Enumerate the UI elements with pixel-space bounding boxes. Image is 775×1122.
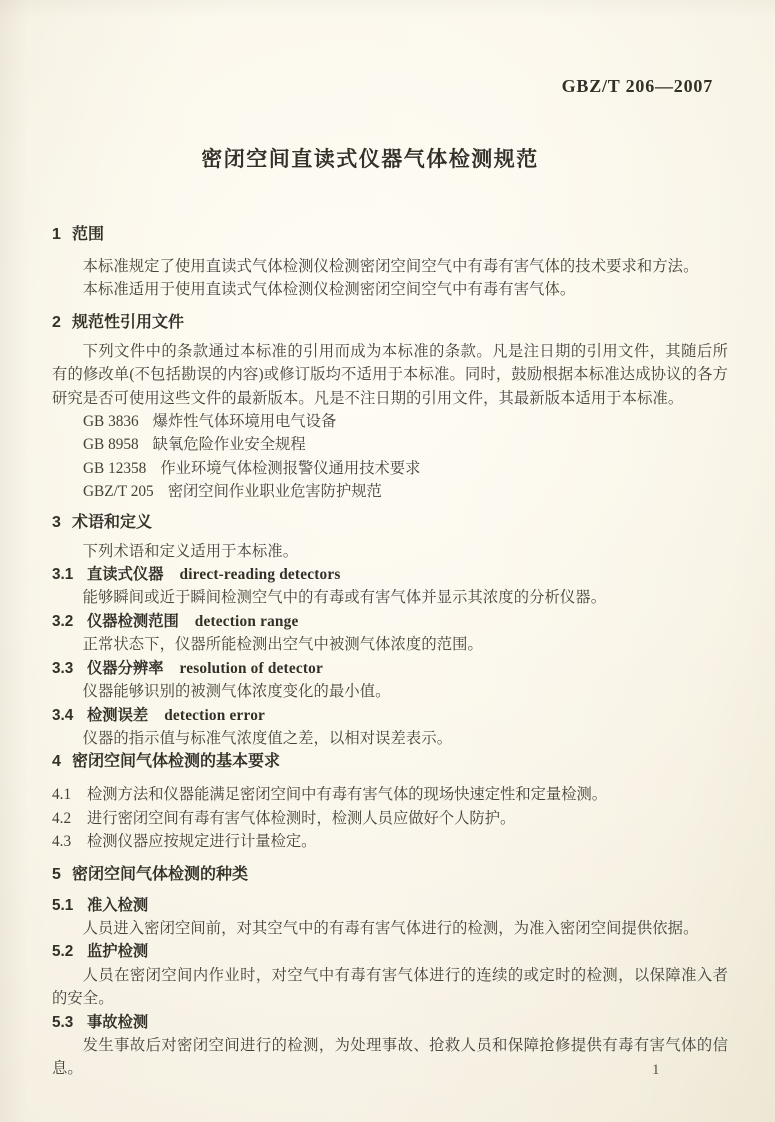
reference-code: GB 8958 <box>83 433 139 456</box>
references-intro: 下列文件中的条款通过本标准的引用而成为本标准的条款。凡是注日期的引用文件，其随后… <box>52 340 728 410</box>
requirement-item: 4.1 检测方法和仪器能满足密闭空间中有毒有害气体的现场快速定性和定量检测。 <box>52 783 728 806</box>
reference-item: GBZ/T 205密闭空间作业职业危害防护规范 <box>52 480 728 503</box>
requirement-item: 4.3 检测仪器应按规定进行计量检定。 <box>52 830 728 853</box>
term-number: 3.2 <box>52 610 87 633</box>
term-definition: 仪器的指示值与标准气浓度值之差，以相对误差表示。 <box>52 727 728 750</box>
detection-types-block: 5.1 准入检测 人员进入密闭空间前，对其空气中的有毒有害气体进行的检测，为准入… <box>52 894 728 1081</box>
reference-code: GB 3836 <box>83 410 139 433</box>
scanned-document-page: GBZ/T 206—2007 密闭空间直读式仪器气体检测规范 1 范围 本标准规… <box>0 0 775 1122</box>
reference-title: 密闭空间作业职业危害防护规范 <box>168 483 382 500</box>
term-heading: 3.4 检测误差 detection error <box>52 704 728 727</box>
document-body: 1 范围 本标准规定了使用直读式气体检测仪检测密闭空间空气中有毒有害气体的技术要… <box>52 0 728 1081</box>
term-item: 3.1 直读式仪器 direct-reading detectors 能够瞬间或… <box>52 563 728 610</box>
type-item: 5.1 准入检测 人员进入密闭空间前，对其空气中的有毒有害气体进行的检测，为准入… <box>52 894 728 941</box>
section-heading-detection-types: 5 密闭空间气体检测的种类 <box>52 864 728 886</box>
requirement-text: 检测方法和仪器能满足密闭空间中有毒有害气体的现场快速定性和定量检测。 <box>87 783 607 806</box>
basic-requirements-list: 4.1 检测方法和仪器能满足密闭空间中有毒有害气体的现场快速定性和定量检测。 4… <box>52 783 728 853</box>
term-en: resolution of detector <box>180 657 323 680</box>
term-definition: 仪器能够识别的被测气体浓度变化的最小值。 <box>52 680 728 703</box>
terms-block: 下列术语和定义适用于本标准。 3.1 直读式仪器 direct-reading … <box>52 540 728 751</box>
type-number: 5.2 <box>52 940 87 963</box>
scope-paragraphs: 本标准规定了使用直读式气体检测仪检测密闭空间空气中有毒有害气体的技术要求和方法。… <box>52 255 728 302</box>
reference-title: 缺氧危险作业安全规程 <box>153 436 306 453</box>
term-en: detection error <box>164 704 265 727</box>
reference-item: GB 8958缺氧危险作业安全规程 <box>52 433 728 456</box>
terms-intro: 下列术语和定义适用于本标准。 <box>52 540 728 563</box>
type-definition: 发生事故后对密闭空间进行的检测，为处理事故、抢救人员和保障抢修提供有毒有害气体的… <box>52 1034 728 1081</box>
term-item: 3.4 检测误差 detection error 仪器的指示值与标准气浓度值之差… <box>52 704 728 751</box>
requirement-number: 4.1 <box>52 783 87 806</box>
term-definition: 能够瞬间或近于瞬间检测空气中的有毒或有害气体并显示其浓度的分析仪器。 <box>52 586 728 609</box>
page-number: 1 <box>652 1062 660 1079</box>
term-definition: 正常状态下，仪器所能检测出空气中被测气体浓度的范围。 <box>52 633 728 656</box>
section-heading-basic-requirements: 4 密闭空间气体检测的基本要求 <box>52 751 728 773</box>
section-title: 密闭空间气体检测的种类 <box>72 864 248 886</box>
type-item: 5.3 事故检测 发生事故后对密闭空间进行的检测，为处理事故、抢救人员和保障抢修… <box>52 1011 728 1081</box>
section-heading-scope: 1 范围 <box>52 224 728 246</box>
term-number: 3.3 <box>52 657 87 680</box>
type-term: 准入检测 <box>87 894 148 917</box>
requirement-item: 4.2 进行密闭空间有毒有害气体检测时，检测人员应做好个人防护。 <box>52 807 728 830</box>
term-number: 3.1 <box>52 563 87 586</box>
reference-code: GB 12358 <box>83 457 146 480</box>
type-term: 监护检测 <box>87 940 148 963</box>
term-en: detection range <box>195 610 299 633</box>
section-title: 规范性引用文件 <box>72 312 184 334</box>
term-item: 3.2 仪器检测范围 detection range 正常状态下，仪器所能检测出… <box>52 610 728 657</box>
term-zh: 检测误差 <box>87 704 148 727</box>
section-title: 范围 <box>72 224 104 246</box>
term-heading: 3.1 直读式仪器 direct-reading detectors <box>52 563 728 586</box>
section-number: 3 <box>52 512 72 534</box>
term-heading: 3.3 仪器分辨率 resolution of detector <box>52 657 728 680</box>
requirement-number: 4.3 <box>52 830 87 853</box>
type-heading: 5.2 监护检测 <box>52 940 728 963</box>
paragraph: 本标准适用于使用直读式气体检测仪检测密闭空间空气中有毒有害气体。 <box>52 278 728 301</box>
reference-title: 作业环境气体检测报警仪通用技术要求 <box>160 460 420 477</box>
reference-item: GB 3836爆炸性气体环境用电气设备 <box>52 410 728 433</box>
requirement-text: 检测仪器应按规定进行计量检定。 <box>87 830 316 853</box>
term-zh: 仪器分辨率 <box>87 657 164 680</box>
section-number: 4 <box>52 751 72 773</box>
section-heading-terms: 3 术语和定义 <box>52 512 728 534</box>
term-zh: 仪器检测范围 <box>87 610 179 633</box>
term-heading: 3.2 仪器检测范围 detection range <box>52 610 728 633</box>
type-item: 5.2 监护检测 人员在密闭空间内作业时，对空气中有毒有害气体进行的连续的或定时… <box>52 940 728 1010</box>
type-heading: 5.3 事故检测 <box>52 1011 728 1034</box>
reference-code: GBZ/T 205 <box>83 480 154 503</box>
term-zh: 直读式仪器 <box>87 563 164 586</box>
reference-title: 爆炸性气体环境用电气设备 <box>153 413 337 430</box>
paragraph: 本标准规定了使用直读式气体检测仪检测密闭空间空气中有毒有害气体的技术要求和方法。 <box>52 255 728 278</box>
type-term: 事故检测 <box>87 1011 148 1034</box>
term-item: 3.3 仪器分辨率 resolution of detector 仪器能够识别的… <box>52 657 728 704</box>
references-list: GB 3836爆炸性气体环境用电气设备 GB 8958缺氧危险作业安全规程 GB… <box>52 410 728 504</box>
term-number: 3.4 <box>52 704 87 727</box>
section-title: 密闭空间气体检测的基本要求 <box>72 751 280 773</box>
term-en: direct-reading detectors <box>180 563 341 586</box>
section-heading-references: 2 规范性引用文件 <box>52 312 728 334</box>
type-definition: 人员在密闭空间内作业时，对空气中有毒有害气体进行的连续的或定时的检测，以保障准入… <box>52 964 728 1011</box>
type-number: 5.3 <box>52 1011 87 1034</box>
section-number: 1 <box>52 224 72 246</box>
section-title: 术语和定义 <box>72 512 152 534</box>
requirement-number: 4.2 <box>52 807 87 830</box>
type-definition: 人员进入密闭空间前，对其空气中的有毒有害气体进行的检测，为准入密闭空间提供依据。 <box>52 917 728 940</box>
section-number: 5 <box>52 864 72 886</box>
reference-item: GB 12358作业环境气体检测报警仪通用技术要求 <box>52 457 728 480</box>
requirement-text: 进行密闭空间有毒有害气体检测时，检测人员应做好个人防护。 <box>87 807 515 830</box>
type-heading: 5.1 准入检测 <box>52 894 728 917</box>
section-number: 2 <box>52 312 72 334</box>
type-number: 5.1 <box>52 894 87 917</box>
